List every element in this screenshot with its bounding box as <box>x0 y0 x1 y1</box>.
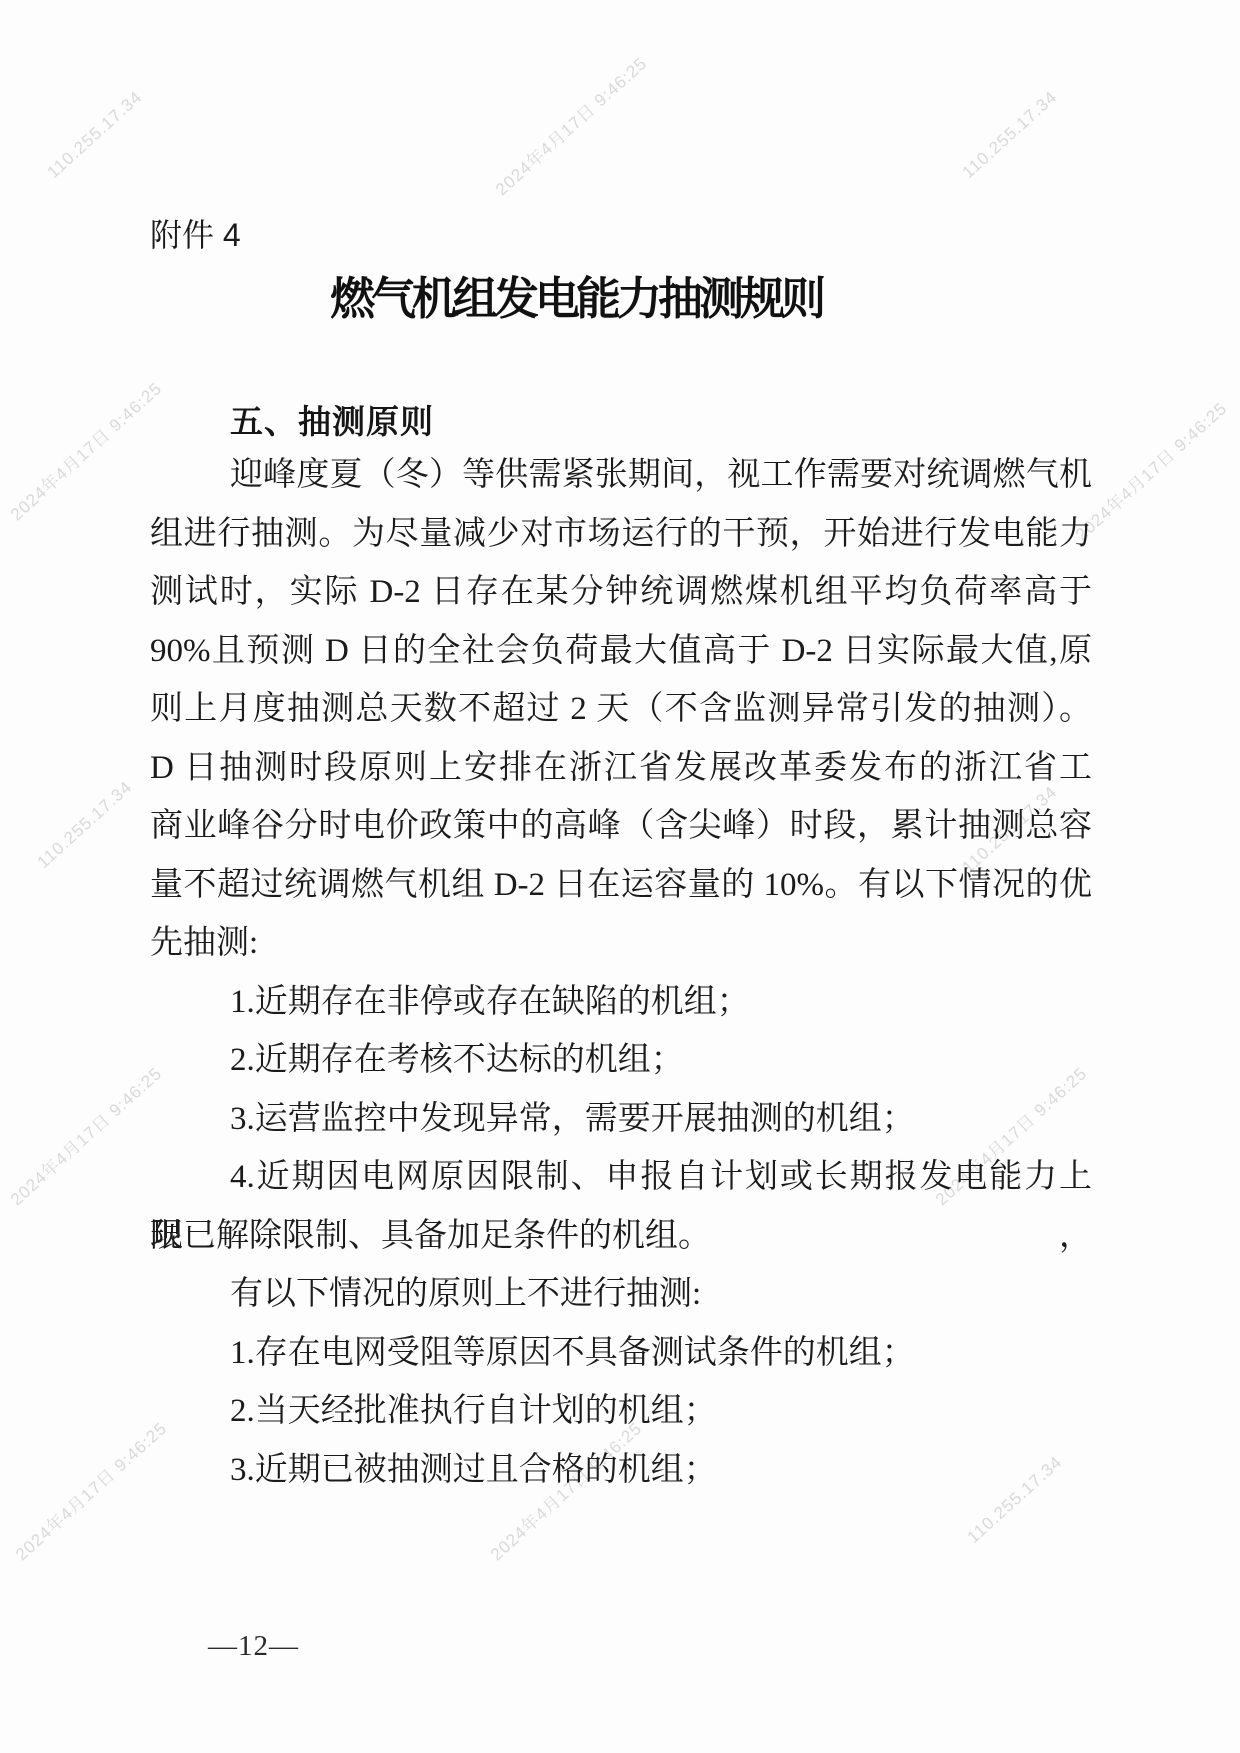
body-line: 有以下情况的原则上不进行抽测: <box>150 1265 1092 1324</box>
body-line: 1.存在电网受阻等原因不具备测试条件的机组； <box>150 1324 1092 1383</box>
body-line: D 日抽测时段原则上安排在浙江省发展改革委发布的浙江省工 <box>150 739 1092 798</box>
body-line: 量不超过统调燃气机组 D-2 日在运容量的 10%。有以下情况的优 <box>150 856 1092 915</box>
body-line: 1.近期存在非停或存在缺陷的机组； <box>150 973 1092 1032</box>
ip-watermark: 110.255.17.34 <box>959 87 1062 182</box>
body-line: 迎峰度夏（冬）等供需紧张期间，视工作需要对统调燃气机 <box>150 446 1092 505</box>
body-line: 90%且预测 D 日的全社会负荷最大值高于 D-2 日实际最大值,原 <box>150 622 1092 681</box>
document-title: 燃气机组发电能力抽测规则 <box>150 262 1092 327</box>
body-line: 4.近期因电网原因限制、申报自计划或长期报发电能力上限， <box>150 1148 1092 1207</box>
timestamp-watermark: 2024年4月17日 9:46:25 <box>1069 395 1232 545</box>
attachment-label: 附件 4 <box>150 210 241 256</box>
ip-watermark: 110.255.17.34 <box>34 777 137 872</box>
ip-watermark: 110.255.17.34 <box>44 87 147 182</box>
document-page: 110.255.17.342024年4月17日 9:46:25110.255.1… <box>0 0 1240 1753</box>
page-number: —12— <box>208 1630 299 1663</box>
body-text: 迎峰度夏（冬）等供需紧张期间，视工作需要对统调燃气机组进行抽测。为尽量减少对市场… <box>150 446 1092 1499</box>
body-line: 3.近期已被抽测过且合格的机组； <box>150 1441 1092 1500</box>
section-heading: 五、抽测原则 <box>230 396 434 443</box>
timestamp-watermark: 2024年4月17日 9:46:25 <box>4 375 167 525</box>
body-line: 2.当天经批准执行自计划的机组； <box>150 1382 1092 1441</box>
body-line: 则上月度抽测总天数不超过 2 天（不含监测异常引发的抽测）。 <box>150 680 1092 739</box>
timestamp-watermark: 2024年4月17日 9:46:25 <box>9 1415 172 1565</box>
body-line: 组进行抽测。为尽量减少对市场运行的干预，开始进行发电能力 <box>150 505 1092 564</box>
timestamp-watermark: 2024年4月17日 9:46:25 <box>4 1060 167 1210</box>
body-line: 3.运营监控中发现异常，需要开展抽测的机组； <box>150 1090 1092 1149</box>
body-line: 2.近期存在考核不达标的机组； <box>150 1031 1092 1090</box>
body-line: 测试时，实际 D-2 日存在某分钟统调燃煤机组平均负荷率高于 <box>150 563 1092 622</box>
timestamp-watermark: 2024年4月17日 9:46:25 <box>489 50 652 200</box>
body-line: 商业峰谷分时电价政策中的高峰（含尖峰）时段，累计抽测总容 <box>150 797 1092 856</box>
body-line: 先抽测: <box>150 914 1092 973</box>
